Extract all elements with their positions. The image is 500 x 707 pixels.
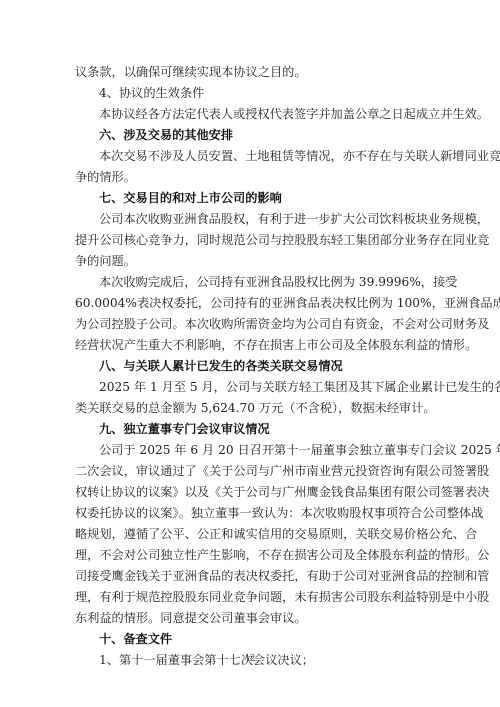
body-line: 争的情形。 <box>75 167 425 188</box>
document-body: 议条款，以确保可继续实现本协议之目的。 4、协议的生效条件 本协议经各方法定代表… <box>75 62 425 671</box>
body-line: 理，不会对公司独立性产生影响，不存在损害公司及全体股东利益的情形。公 <box>75 545 425 566</box>
body-line: 2025 年 1 月至 5 月，公司与关联方轻工集团及其下属企业累计已发生的各 <box>75 377 425 398</box>
body-line: 类关联交易的总金额为 5,624.70 万元（不含税），数据未经审计。 <box>75 398 425 419</box>
section-heading-7: 七、交易目的和对上市公司的影响 <box>75 188 425 209</box>
section-heading-9: 九、独立董事专门会议审议情况 <box>75 419 425 440</box>
body-line: 提升公司核心竞争力，同时规范公司与控股股东轻工集团部分业务存在同业竞 <box>75 230 425 251</box>
body-line: 权转让协议的议案》以及《关于公司与广州鹰金钱食品集团有限公司签署表决 <box>75 482 425 503</box>
body-line: 公司于 2025 年 6 月 20 日召开第十一届董事会独立董事专门会议 202… <box>75 440 425 461</box>
body-line: 本次交易不涉及人员安置、土地租赁等情况，亦不存在与关联人新增同业竞 <box>75 146 425 167</box>
body-line: 东利益的情形。同意提交公司董事会审议。 <box>75 608 425 629</box>
body-line: 公司本次收购亚洲食品股权，有利于进一步扩大公司饮料板块业务规模， <box>75 209 425 230</box>
body-line: 司接受鹰金钱关于亚洲食品的表决权委托，有助于公司对亚洲食品的控制和管 <box>75 566 425 587</box>
body-line: 议条款，以确保可继续实现本协议之目的。 <box>75 62 425 83</box>
body-line: 权委托协议的议案》。独立董事一致认为：本次收购股权事项符合公司整体战 <box>75 503 425 524</box>
body-line: 争的问题。 <box>75 251 425 272</box>
body-line: 略规划，遵循了公平、公正和诚实信用的交易原则，关联交易价格公允、合 <box>75 524 425 545</box>
body-line: 本次收购完成后，公司持有亚洲食品股权比例为 39.9996%，接受 <box>75 272 425 293</box>
body-line: 二次会议，审议通过了《关于公司与广州市南业营元投资咨询有限公司签署股 <box>75 461 425 482</box>
section-heading-10: 十、备查文件 <box>75 629 425 650</box>
document-page: 议条款，以确保可继续实现本协议之目的。 4、协议的生效条件 本协议经各方法定代表… <box>0 0 500 707</box>
body-line: 理，有利于规范控股股东同业竞争问题，未有损害公司股东利益特别是中小股 <box>75 587 425 608</box>
body-line: 经营状况产生重大不利影响，不存在损害上市公司及全体股东利益的情形。 <box>75 335 425 356</box>
body-line: 为公司控股子公司。本次收购所需资金均为公司自有资金，不会对公司财务及 <box>75 314 425 335</box>
section-heading-8: 八、与关联人累计已发生的各类关联交易情况 <box>75 356 425 377</box>
page-number: 12 <box>0 653 500 664</box>
section-item-effective-conditions: 4、协议的生效条件 <box>75 83 425 104</box>
section-heading-6: 六、涉及交易的其他安排 <box>75 125 425 146</box>
body-line: 本协议经各方法定代表人或授权代表签字并加盖公章之日起成立并生效。 <box>75 104 425 125</box>
body-line: 60.0004%表决权委托，公司持有的亚洲食品表决权比例为 100%，亚洲食品成 <box>75 293 425 314</box>
